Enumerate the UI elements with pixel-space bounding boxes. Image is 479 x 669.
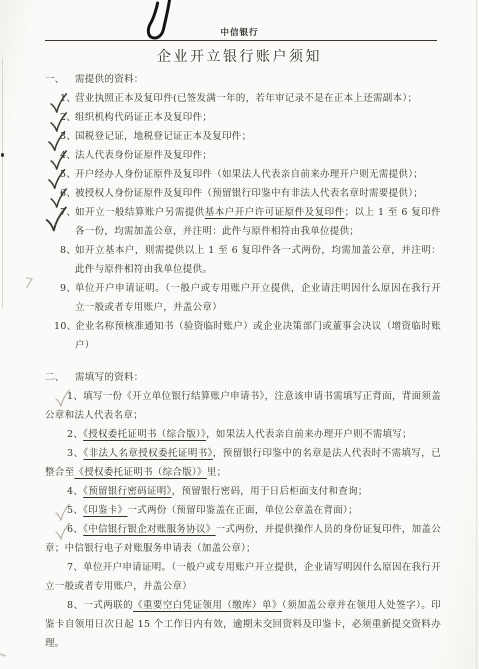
item-number: 7、 bbox=[60, 203, 76, 222]
text-segment: 企业名称预核准通知书（验资临时账户）或企业决策部门或董事会决议（增资临时账户） bbox=[75, 321, 441, 351]
underlined-text: 《印鉴卡》 bbox=[83, 505, 127, 516]
page-title: 企业开立银行账户须知 bbox=[0, 46, 479, 66]
list-item: 10、企业名称预核准通知书（验资临时账户）或企业决策部门或董事会决议（增资临时账… bbox=[45, 317, 441, 355]
list-item: 8、如开立基本户，则需提供以上 1 至 6 复印件各一式两份，均需加盖公章，并注… bbox=[45, 241, 441, 279]
item-number: 4、 bbox=[67, 486, 83, 497]
item-number: 1、 bbox=[60, 89, 76, 108]
item-text: 《非法人名章授权委托证明书》，预留银行印鉴中的名章是法人代表时不需填写，已整合至… bbox=[45, 448, 441, 478]
text-segment: 单位开户申请证明。（一般户或专用账户开立提供，企业请注明因什么原因在我行开立一般… bbox=[75, 283, 441, 313]
item-text: 企业名称预核准通知书（验资临时账户）或企业决策部门或董事会决议（增资临时账户） bbox=[75, 321, 441, 351]
section-materials-to-provide: 一、需提供的资料： 1、营业执照正本及复印件(已签发满一年的，若年审记录不是在正… bbox=[45, 70, 441, 355]
list-item: 4、《预留银行密码证明》，预留银行密码，用于日后柜面支付和查询； bbox=[45, 482, 441, 501]
item-number: 5、 bbox=[60, 165, 76, 184]
item-number: 8、 bbox=[67, 600, 83, 611]
section-number: 二、 bbox=[45, 368, 75, 387]
list-item: 3、国税登记证，地税登记证正本及复印件； bbox=[45, 127, 441, 146]
item-number: 9、 bbox=[60, 279, 76, 298]
paperclip-icon bbox=[139, 0, 183, 50]
underlined-text: 《重要空白凭证领用（缴库）单》 bbox=[133, 600, 282, 611]
text-segment: 开户经办人身份证原件及复印件（如果法人代表亲自前来办理开户则无需提供）； bbox=[75, 169, 423, 180]
scanned-document-page: 中信银行 企业开立银行账户须知 一、需提供的资料： 1、营业执照正本及复印件(已… bbox=[0, 0, 479, 669]
list-item: 7、如开立一般结算账户另需提供基本户开户许可证原件及复印件；以上 1 至 6 复… bbox=[45, 203, 441, 241]
section1-items: 1、营业执照正本及复印件(已签发满一年的，若年审记录不是在正本上还需副本）； 2… bbox=[45, 89, 441, 355]
text-segment: 填写一份《开立单位银行结算账户申请书》，注意该申请书需填写正背面，背面须盖公章和… bbox=[45, 391, 441, 421]
item-text: 《印鉴卡》一式两份（预留印鉴盖在正面，单位公章盖在背面）； bbox=[83, 505, 358, 516]
list-item: 4、法人代表身份证原件及复印件； bbox=[45, 146, 441, 165]
section-heading: 一、需提供的资料： bbox=[45, 70, 441, 89]
handwritten-margin-mark: 7 bbox=[23, 275, 35, 292]
item-number: 3、 bbox=[60, 127, 76, 146]
section-forms-to-fill: 二、需填写的资料： 1、填写一份《开立单位银行结算账户申请书》，注意该申请书需填… bbox=[45, 368, 441, 653]
bank-name: 中信银行 bbox=[0, 26, 479, 38]
text-segment: 被授权人身份证原件及复印件（预留银行印鉴中有非法人代表名章时需要提供）； bbox=[75, 188, 423, 199]
text-segment: 里； bbox=[207, 467, 227, 478]
text-segment: ，如果法人代表亲自前来办理开户则不需填写； bbox=[206, 429, 412, 440]
list-item: 1、营业执照正本及复印件(已签发满一年的，若年审记录不是在正本上还需副本）； bbox=[45, 89, 441, 108]
text-segment: 一式两份（预留印鉴盖在正面，单位公章盖在背面）； bbox=[127, 505, 357, 516]
item-number: 6、 bbox=[60, 184, 76, 203]
item-number: 2、 bbox=[67, 429, 83, 440]
underlined-text: 基本户开户许可证原件及复印件 bbox=[205, 207, 345, 218]
item-text: 如开立一般结算账户另需提供基本户开户许可证原件及复印件；以上 1 至 6 复印件… bbox=[75, 207, 441, 237]
text-segment: ，预留银行密码，用于日后柜面支付和查询； bbox=[172, 486, 368, 497]
scan-edge-artifact-right bbox=[476, 0, 477, 669]
item-text: 被授权人身份证原件及复印件（预留银行印鉴中有非法人代表名章时需要提供）； bbox=[75, 188, 423, 199]
handwritten-checkmark bbox=[54, 388, 71, 409]
text-segment: 法人代表身份证原件及复印件； bbox=[75, 150, 212, 161]
scan-corner-artifact bbox=[0, 653, 6, 657]
list-item: 5、《印鉴卡》一式两份（预留印鉴盖在正面，单位公章盖在背面）； bbox=[45, 501, 441, 520]
item-text: 《授权委托证明书（综合版）》，如果法人代表亲自前来办理开户则不需填写； bbox=[83, 429, 412, 440]
item-text: 单位开户申请证明。（一般户或专用账户开立提供，企业请注明因什么原因在我行开立一般… bbox=[75, 283, 441, 313]
item-text: 《中信银行银企对账服务协议》一式两份，并提供操作人员的身份证复印件，加盖公章；中… bbox=[45, 524, 441, 554]
text-segment: 如开立一般结算账户另需提供 bbox=[75, 207, 205, 218]
list-item: 8、一式两联的《重要空白凭证领用（缴库）单》（须加盖公章并在领用人处签字）。印鉴… bbox=[45, 596, 441, 653]
handwritten-checkmark bbox=[54, 521, 71, 542]
list-item: 5、开户经办人身份证原件及复印件（如果法人代表亲自前来办理开户则无需提供）； bbox=[45, 165, 441, 184]
document-body: 一、需提供的资料： 1、营业执照正本及复印件(已签发满一年的，若年审记录不是在正… bbox=[45, 70, 441, 653]
scan-edge-artifact-left bbox=[2, 58, 3, 308]
section2-items: 1、填写一份《开立单位银行结算账户申请书》，注意该申请书需填写正背面，背面须盖公… bbox=[45, 387, 441, 653]
item-text: 如开立基本户，则需提供以上 1 至 6 复印件各一式两份，均需加盖公章，并注明：… bbox=[75, 245, 441, 275]
item-text: 营业执照正本及复印件(已签发满一年的，若年审记录不是在正本上还需副本）； bbox=[75, 93, 417, 104]
item-text: 一式两联的《重要空白凭证领用（缴库）单》（须加盖公章并在领用人处签字）。印鉴卡自… bbox=[45, 600, 441, 649]
item-text: 开户经办人身份证原件及复印件（如果法人代表亲自前来办理开户则无需提供）； bbox=[75, 169, 423, 180]
section-heading-text: 需填写的资料： bbox=[75, 372, 144, 383]
list-item: 1、填写一份《开立单位银行结算账户申请书》，注意该申请书需填写正背面，背面须盖公… bbox=[45, 387, 441, 425]
list-item: 9、单位开户申请证明。（一般户或专用账户开立提供，企业请注明因什么原因在我行开立… bbox=[45, 279, 441, 317]
section-heading-text: 需提供的资料： bbox=[75, 74, 144, 85]
item-text: 法人代表身份证原件及复印件； bbox=[75, 150, 212, 161]
underlined-text: 《授权委托证明书（综合版）》 bbox=[83, 429, 206, 440]
item-number: 2、 bbox=[60, 108, 76, 127]
text-segment: 组织机构代码证正本及复印件； bbox=[75, 112, 212, 123]
underlined-text: 《预留银行密码证明》 bbox=[83, 486, 172, 497]
item-number: 3、 bbox=[67, 448, 83, 459]
text-segment: 一式两联的 bbox=[83, 600, 133, 611]
underlined-text: 《授权委托证明书（综合版）》 bbox=[74, 467, 206, 478]
underlined-text: 《中信银行银企对账服务协议》 bbox=[83, 524, 215, 535]
item-text: 组织机构代码证正本及复印件； bbox=[75, 112, 212, 123]
list-item: 6、被授权人身份证原件及复印件（预留银行印鉴中有非法人代表名章时需要提供）； bbox=[45, 184, 441, 203]
item-text: 国税登记证，地税登记证正本及复印件； bbox=[75, 131, 251, 142]
text-segment: 如开立基本户，则需提供以上 1 至 6 复印件各一式两份，均需加盖公章，并注明：… bbox=[75, 245, 441, 275]
list-item: 6、《中信银行银企对账服务协议》一式两份，并提供操作人员的身份证复印件，加盖公章… bbox=[45, 520, 441, 558]
text-segment: 单位开户申请证明。（一般户或专用账户开立提供，企业请写明因什么原因在我行开立一般… bbox=[45, 562, 441, 592]
item-number: 7、 bbox=[67, 562, 83, 573]
header-rule bbox=[45, 40, 437, 41]
item-text: 填写一份《开立单位银行结算账户申请书》，注意该申请书需填写正背面，背面须盖公章和… bbox=[45, 391, 441, 421]
text-segment: 营业执照正本及复印件(已签发满一年的，若年审记录不是在正本上还需副本）； bbox=[75, 93, 417, 104]
item-number: 4、 bbox=[60, 146, 76, 165]
item-text: 单位开户申请证明。（一般户或专用账户开立提供，企业请写明因什么原因在我行开立一般… bbox=[45, 562, 441, 592]
text-segment: 国税登记证，地税登记证正本及复印件； bbox=[75, 131, 251, 142]
item-number: 8、 bbox=[60, 241, 76, 260]
list-item: 7、单位开户申请证明。（一般户或专用账户开立提供，企业请写明因什么原因在我行开立… bbox=[45, 558, 441, 596]
section-number: 一、 bbox=[45, 70, 75, 89]
section-heading: 二、需填写的资料： bbox=[45, 368, 441, 387]
list-item: 2、组织机构代码证正本及复印件； bbox=[45, 108, 441, 127]
list-item: 2、《授权委托证明书（综合版）》，如果法人代表亲自前来办理开户则不需填写； bbox=[45, 425, 441, 444]
item-text: 《预留银行密码证明》，预留银行密码，用于日后柜面支付和查询； bbox=[83, 486, 368, 497]
list-item: 3、《非法人名章授权委托证明书》，预留银行印鉴中的名章是法人代表时不需填写，已整… bbox=[45, 444, 441, 482]
scan-dot-artifact bbox=[1, 153, 4, 157]
underlined-text: 《非法人名章授权委托证明书》 bbox=[83, 448, 212, 459]
item-number: 10、 bbox=[54, 317, 77, 336]
